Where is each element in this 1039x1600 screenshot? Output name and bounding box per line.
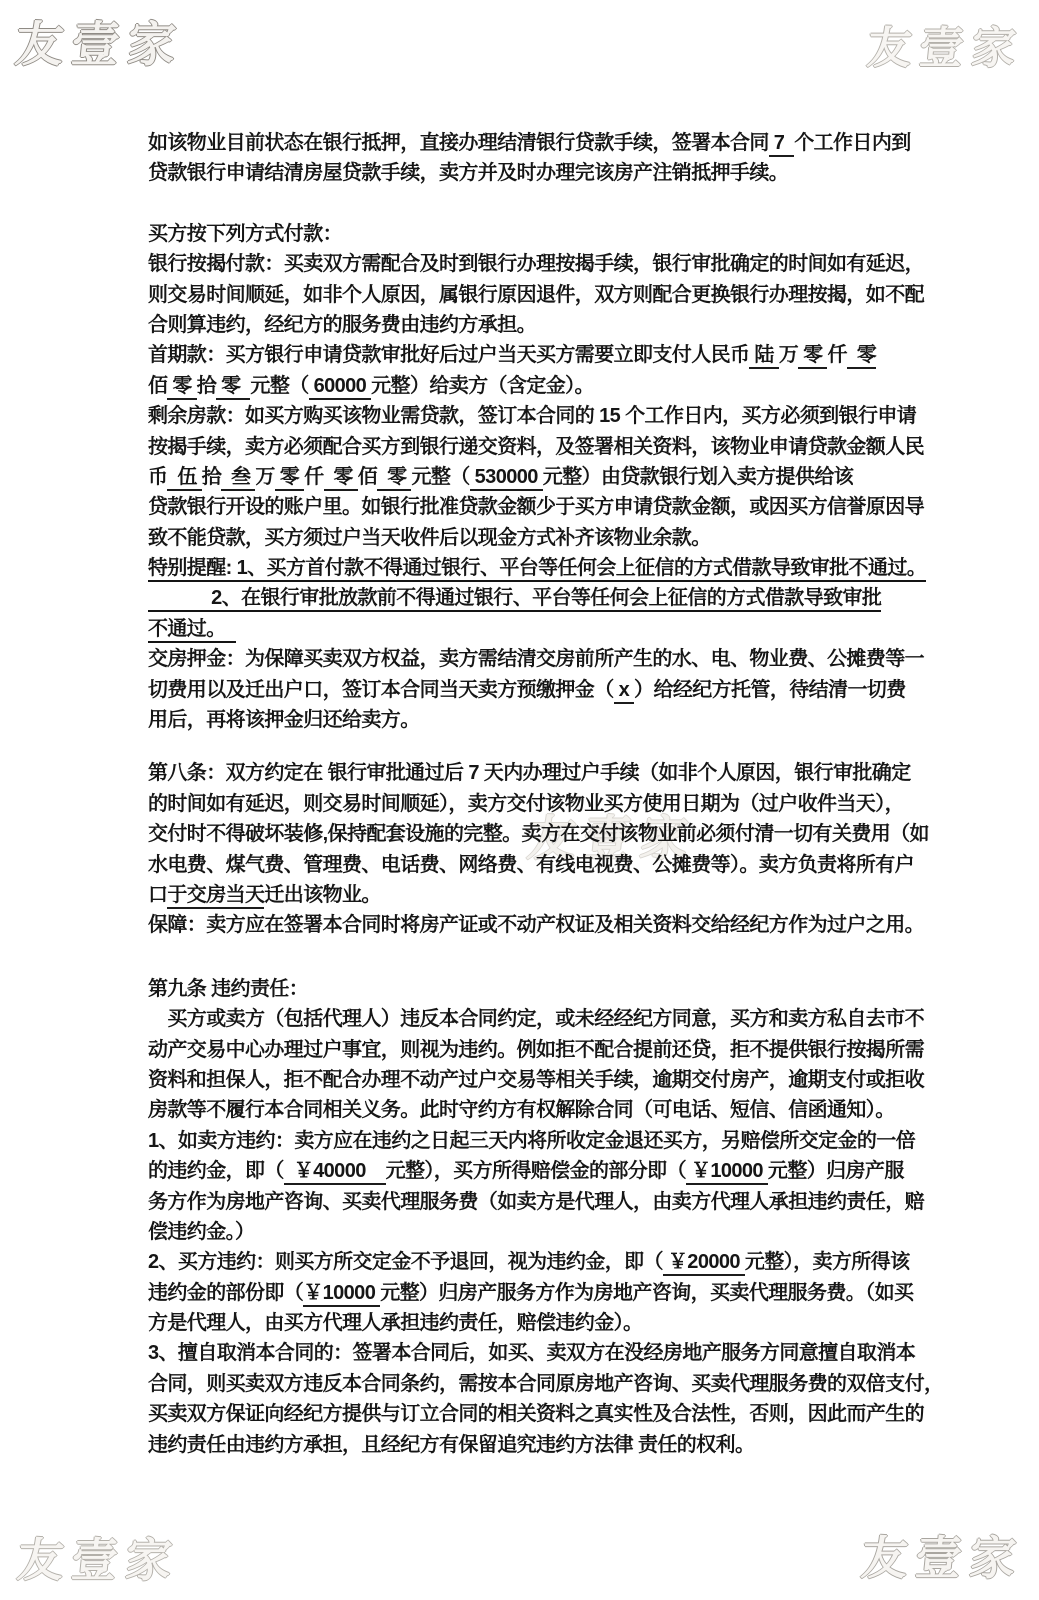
text-run: 偿违约金。） — [148, 1221, 254, 1243]
contract-line: 用后，再将该押金归还给卖方。 — [148, 705, 940, 735]
contract-line: 口于交房当天迁出该物业。 — [148, 880, 940, 910]
text-run: 买卖双方需配合及时到银行办理按揭手续，银行审批确定的时间如有延迟， — [284, 253, 924, 275]
contract-line: 务方作为房地产咨询、买卖代理服务费（如卖方是代理人，由卖方代理人承担违约责任，赔 — [148, 1187, 940, 1217]
text-run: 元整）归房产服 — [768, 1160, 904, 1182]
contract-line: 房款等不履行本合同相关义务。此时守约方有权解除合同（可电话、短信、信函通知）。 — [148, 1095, 940, 1125]
filled-blank: 零 — [275, 466, 304, 491]
text-run: 签署本合同后，如买、卖双方在没经房地产服务方同意擅自取消本 — [353, 1342, 916, 1364]
contract-line: 买方或卖方（包括代理人）违反本合同约定，或未经经纪方同意，买方和卖方私自去市不 — [148, 1004, 940, 1034]
contract-line: 按揭手续，卖方必须配合买方到银行递交资料，及签署相关资料，该物业申请贷款金额人民 — [148, 432, 940, 462]
text-run: 水电费、煤气费、管理费、电话费、网络费、有线电视费、公摊费等）。卖方负责将所有户 — [148, 854, 914, 876]
text-run: 个工作日内到 — [794, 132, 910, 154]
text-run: 贷款银行开设的账户里。如银行批准贷款金额少于买方申请贷款金额，或因买方信誉原因导 — [148, 496, 924, 518]
text-run: 违约责任由违约方承担，且经纪方有保留追究违约方法律 责任的权利。 — [148, 1434, 754, 1456]
contract-line: 特别提醒: 1、买方首付款不得通过银行、平台等任何会上征信的方式借款导致审批不通… — [148, 553, 940, 583]
text-run: 2、买方违约： — [148, 1251, 275, 1273]
text-run: 迁出该物业。 — [264, 884, 380, 906]
filled-blank: 零 — [847, 344, 876, 369]
text-run: 买方按下列方式付款： — [148, 223, 342, 245]
text-run: 元整），卖方所得该 — [745, 1251, 910, 1273]
contract-line: 佰 零 拾 零 元整（ 60000 元整）给卖方（含定金）。 — [148, 371, 940, 401]
filled-blank: 530000 — [470, 466, 543, 491]
filled-blank: x — [614, 679, 634, 704]
text-run: 口 — [148, 884, 167, 906]
contract-page: 友壹家 友壹家 友壹家 友壹家 友壹家 如该物业目前状态在银行抵押，直接办理结清… — [0, 0, 1039, 1600]
text-run: 买卖双方保证向经纪方提供与订立合同的相关资料之真实性及合法性，否则，因此而产生的 — [148, 1403, 924, 1425]
text-run: 首期款： — [148, 344, 226, 366]
contract-line: 交房押金：为保障买卖双方权益，卖方需结清交房前所产生的水、电、物业费、公摊费等一 — [148, 644, 940, 674]
text-run: 则交易时间顺延，如非个人原因，属银行原因退件，双方则配合更换银行办理按揭，如不配 — [148, 284, 924, 306]
filled-blank: 零 — [324, 466, 358, 491]
filled-blank: ￥20000 — [663, 1251, 745, 1276]
watermark-top-left: 友壹家 — [12, 6, 187, 75]
filled-blank: 7 — [769, 132, 794, 157]
contract-line: 剩余房款：如买方购买该物业需贷款，签订本合同的 15 个工作日内，买方必须到银行… — [148, 401, 940, 431]
filled-blank: ￥10000 — [686, 1160, 768, 1185]
text-run: 第九条 违约责任： — [148, 978, 308, 1000]
text-run: 的违约金，即（ — [148, 1160, 284, 1182]
text-run: 为保障买卖双方权益，卖方需结清交房前所产生的水、电、物业费、公摊费等一 — [245, 648, 924, 670]
text-run: 第八条： — [148, 762, 226, 784]
filled-blank: ￥40000 — [284, 1160, 386, 1185]
contract-line: 2、在银行审批放款前不得通过银行、平台等任何会上征信的方式借款导致审批 — [148, 583, 940, 613]
text-run: 剩余房款： — [148, 405, 245, 427]
text-run: 拾 — [202, 466, 221, 488]
text-run: 资料和担保人，拒不配合办理不动产过户交易等相关手续，逾期交付房产，逾期支付或拒收 — [148, 1069, 924, 1091]
text-run: 合同，则买卖双方违反本合同条约，需按本合同原房地产咨询、买卖代理服务费的双倍支付… — [148, 1373, 943, 1395]
text-run: 致不能贷款，买方须过户当天收件后以现金方式补齐该物业余款。 — [148, 527, 711, 549]
text-run: 交房押金： — [148, 648, 245, 670]
text-run: 拾 — [197, 375, 216, 397]
contract-line: 3、擅自取消本合同的：签署本合同后，如买、卖双方在没经房地产服务方同意擅自取消本 — [148, 1338, 940, 1368]
text-run: 方是代理人，由买方代理人承担违约责任，赔偿违约金）。 — [148, 1312, 642, 1334]
text-run: ）给经纪方托管，待结清一切费 — [634, 679, 906, 701]
contract-line: 方是代理人，由买方代理人承担违约责任，赔偿违约金）。 — [148, 1308, 940, 1338]
contract-line: 买方按下列方式付款： — [148, 219, 940, 249]
contract-line: 首期款：买方银行申请贷款审批好后过户当天买方需要立即支付人民币 陆 万 零 仟 … — [148, 340, 940, 370]
text-run: 元整（ — [411, 466, 469, 488]
text-run: 佰 — [148, 375, 167, 397]
contract-line: 不通过。 — [148, 614, 940, 644]
text-run: 元整），买方所得赔偿金的部分即（ — [386, 1160, 686, 1182]
text-run: 万 — [779, 344, 798, 366]
contract-line: 切费用以及迁出户口，签订本合同当天卖方预缴押金（ x ）给经纪方托管，待结清一切… — [148, 675, 940, 705]
contract-line: 币 伍 拾 叁 万 零 仟 零 佰 零 元整（ 530000 元整）由贷款银行划… — [148, 462, 940, 492]
contract-line: 水电费、煤气费、管理费、电话费、网络费、有线电视费、公摊费等）。卖方负责将所有户 — [148, 850, 940, 880]
text-run: 用后，再将该押金归还给卖方。 — [148, 709, 420, 731]
text-run: 双方约定在 银行审批通过后 7 天内办理过户手续（如非个人原因，银行审批确定 — [226, 762, 911, 784]
contract-line: 保障：卖方应在签署本合同时将房产证或不动产权证及相关资料交给经纪方作为过户之用。 — [148, 910, 940, 940]
text-run: 元整（ — [250, 375, 308, 397]
text-run: 仟 — [304, 466, 323, 488]
text-run: 切费用以及迁出户口，签订本合同当天卖方预缴押金（ — [148, 679, 614, 701]
text-run: 买方或卖方（包括代理人）违反本合同约定，或未经经纪方同意，买方和卖方私自去市不 — [148, 1008, 924, 1030]
watermark-bottom-right: 友壹家 — [859, 1522, 1028, 1588]
filled-blank: 零 — [377, 466, 411, 491]
contract-text: 如该物业目前状态在银行抵押，直接办理结清银行贷款手续，签署本合同 7 个工作日内… — [148, 128, 940, 1460]
filled-blank: 零 — [798, 344, 827, 369]
filled-blank — [148, 587, 211, 612]
text-run: 则买方所交定金不予退回，视为违约金，即（ — [275, 1251, 663, 1273]
contract-line: 合则算违约，经纪方的服务费由违约方承担。 — [148, 310, 940, 340]
text-run: 保障： — [148, 914, 206, 936]
contract-line: 贷款银行开设的账户里。如银行批准贷款金额少于买方申请贷款金额，或因买方信誉原因导 — [148, 492, 940, 522]
text-run: 仟 — [827, 344, 846, 366]
text-run: 如买方购买该物业需贷款，签订本合同的 15 个工作日内，买方必须到银行申请 — [245, 405, 916, 427]
text-run: 元整）给卖方（含定金）。 — [371, 375, 594, 397]
contract-line: 第九条 违约责任： — [148, 974, 940, 1004]
text-run: 动产交易中心办理过户事宜，则视为违约。例如拒不配合提前还贷，拒不提供银行按揭所需 — [148, 1039, 924, 1061]
contract-line: 动产交易中心办理过户事宜，则视为违约。例如拒不配合提前还贷，拒不提供银行按揭所需 — [148, 1035, 940, 1065]
watermark-top-right: 友壹家 — [865, 12, 1028, 76]
contract-line: 贷款银行申请结清房屋贷款手续，卖方并及时办理完该房产注销抵押手续。 — [148, 158, 940, 188]
contract-line: 合同，则买卖双方违反本合同条约，需按本合同原房地产咨询、买卖代理服务费的双倍支付… — [148, 1369, 940, 1399]
contract-line: 的违约金，即（ ￥40000 元整），买方所得赔偿金的部分即（ ￥10000 元… — [148, 1156, 940, 1186]
text-run: 的时间如有延迟，则交易时间顺延），卖方交付该物业买方使用日期为（过户收件当天）， — [148, 793, 904, 815]
filled-blank: 伍 — [167, 466, 201, 491]
text-run: 合则算违约，经纪方的服务费由违约方承担。 — [148, 314, 536, 336]
text-run: 按揭手续，卖方必须配合买方到银行递交资料，及签署相关资料，该物业申请贷款金额人民 — [148, 436, 924, 458]
contract-line: 违约责任由违约方承担，且经纪方有保留追究违约方法律 责任的权利。 — [148, 1430, 940, 1460]
watermark-bottom-left: 友壹家 — [15, 1524, 184, 1590]
contract-line: 偿违约金。） — [148, 1217, 940, 1247]
contract-line: 交付时不得破坏装修,保持配套设施的完整。卖方在交付该物业前必须付清一切有关费用（… — [148, 819, 940, 849]
filled-blank: 零 — [216, 375, 250, 400]
filled-blank: 陆 — [749, 344, 778, 369]
text-run: 卖方应在签署本合同时将房产证或不动产权证及相关资料交给经纪方作为过户之用。 — [206, 914, 924, 936]
filled-blank: 零 — [167, 375, 196, 400]
contract-line: 买卖双方保证向经纪方提供与订立合同的相关资料之真实性及合法性，否则，因此而产生的 — [148, 1399, 940, 1429]
text-run: 贷款银行申请结清房屋贷款手续，卖方并及时办理完该房产注销抵押手续。 — [148, 162, 788, 184]
text-run: 卖方应在违约之日起三天内将所收定金退还买方，另赔偿所交定金的一倍 — [294, 1130, 915, 1152]
contract-line: 的时间如有延迟，则交易时间顺延），卖方交付该物业买方使用日期为（过户收件当天）， — [148, 789, 940, 819]
text-run: 务方作为房地产咨询、买卖代理服务费（如卖方是代理人，由卖方代理人承担违约责任，赔 — [148, 1191, 924, 1213]
text-run: 佰 — [358, 466, 377, 488]
text-run: 银行按揭付款： — [148, 253, 284, 275]
text-run: 交付时不得破坏装修,保持配套设施的完整。卖方在交付该物业前必须付清一切有关费用（… — [148, 823, 929, 845]
text-run: 违约金的部份即（ — [148, 1282, 303, 1304]
contract-line: 2、买方违约：则买方所交定金不予退回，视为违约金，即（ ￥20000 元整），卖… — [148, 1247, 940, 1277]
contract-line: 违约金的部份即（￥10000 元整）归房产服务方作为房地产咨询，买卖代理服务费。… — [148, 1278, 940, 1308]
contract-line: 1、如卖方违约：卖方应在违约之日起三天内将所收定金退还买方，另赔偿所交定金的一倍 — [148, 1126, 940, 1156]
text-run: 1、如卖方违约： — [148, 1130, 294, 1152]
filled-blank: 特别提醒: 1、买方首付款不得通过银行、平台等任何会上征信的方式借款导致审批不通… — [148, 557, 926, 582]
text-run: 币 — [148, 466, 167, 488]
text-run: 如该物业目前状态在银行抵押，直接办理结清银行贷款手续，签署本合同 — [148, 132, 769, 154]
contract-line: 银行按揭付款：买卖双方需配合及时到银行办理按揭手续，银行审批确定的时间如有延迟， — [148, 249, 940, 279]
text-run: 元整）归房产服务方作为房地产咨询，买卖代理服务费。（如买 — [380, 1282, 913, 1304]
contract-line: 如该物业目前状态在银行抵押，直接办理结清银行贷款手续，签署本合同 7 个工作日内… — [148, 128, 940, 158]
contract-line: 致不能贷款，买方须过户当天收件后以现金方式补齐该物业余款。 — [148, 523, 940, 553]
contract-line: 资料和担保人，拒不配合办理不动产过户交易等相关手续，逾期交付房产，逾期支付或拒收 — [148, 1065, 940, 1095]
filled-blank: 60000 — [309, 375, 372, 400]
text-run: 元整）由贷款银行划入卖方提供给该 — [543, 466, 853, 488]
filled-blank: 于交房当天 — [167, 884, 264, 909]
text-run: 3、擅自取消本合同的： — [148, 1342, 353, 1364]
filled-blank: 2、在银行审批放款前不得通过银行、平台等任何会上征信的方式借款导致审批 — [211, 587, 881, 612]
text-run: 万 — [255, 466, 274, 488]
text-run: 买方银行申请贷款审批好后过户当天买方需要立即支付人民币 — [226, 344, 750, 366]
contract-line: 则交易时间顺延，如非个人原因，属银行原因退件，双方则配合更换银行办理按揭，如不配 — [148, 280, 940, 310]
filled-blank: ￥10000 — [303, 1282, 380, 1307]
text-run: 房款等不履行本合同相关义务。此时守约方有权解除合同（可电话、短信、信函通知）。 — [148, 1099, 895, 1121]
filled-blank: 叁 — [221, 466, 255, 491]
filled-blank: 不通过。 — [148, 618, 236, 643]
contract-line: 第八条：双方约定在 银行审批通过后 7 天内办理过户手续（如非个人原因，银行审批… — [148, 758, 940, 788]
